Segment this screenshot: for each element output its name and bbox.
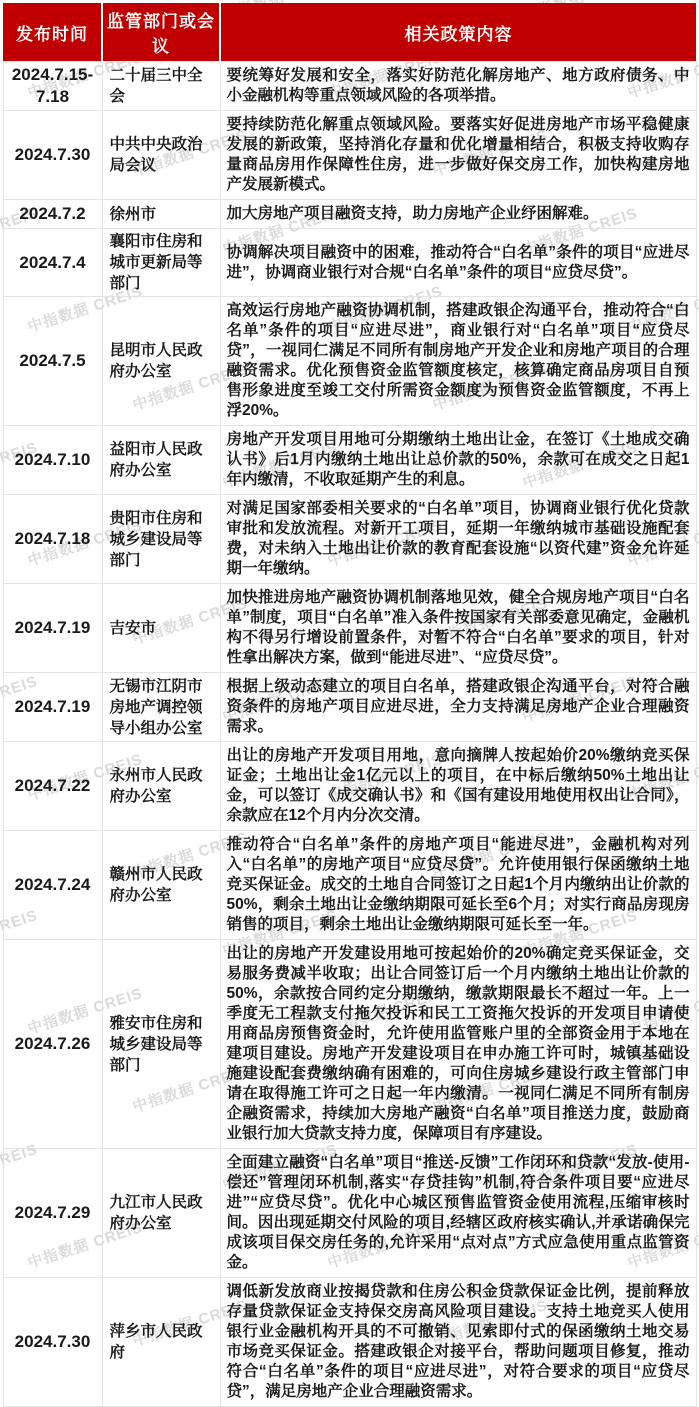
policy-content-cell: 对满足国家部委相关要求的“白名单”项目，协调商业银行优化贷款审批和发放流程。对新… <box>220 495 696 584</box>
date-cell: 2024.7.26 <box>3 940 102 1149</box>
policy-content-cell: 协调解决项目融资中的困难，推动符合“白名单”条件的项目“应进尽进”，协调商业银行… <box>220 229 696 297</box>
policy-content-cell: 加大房地产项目融资支持，助力房地产企业纾困解难。 <box>220 200 696 229</box>
date-cell: 2024.7.22 <box>3 742 102 831</box>
date-cell: 2024.7.30 <box>3 1278 102 1407</box>
department-cell: 二十届三中全会 <box>102 62 220 111</box>
policy-content-cell: 全面建立融资“白名单”项目“推送-反馈”工作闭环和贷款“发放-使用-偿还”管理闭… <box>220 1149 696 1278</box>
department-cell: 益阳市人民政府办公室 <box>102 426 220 495</box>
header-publish-date: 发布时间 <box>3 3 102 62</box>
date-cell: 2024.7.19 <box>3 673 102 742</box>
table-row: 2024.7.26雅安市住房和城乡建设局等部门出让的房地产开发建设用地可按起始价… <box>3 940 696 1149</box>
date-cell: 2024.7.19 <box>3 584 102 673</box>
date-cell: 2024.7.30 <box>3 111 102 200</box>
date-cell: 2024.7.5 <box>3 297 102 426</box>
date-cell: 2024.7.10 <box>3 426 102 495</box>
table-row: 2024.7.24赣州市人民政府办公室推动符合“白名单”条件的房地产项目“能进尽… <box>3 831 696 940</box>
date-cell: 2024.7.4 <box>3 229 102 297</box>
policy-table-body: 2024.7.15-7.18二十届三中全会要统筹好发展和安全，落实好防范化解房地… <box>3 62 696 1407</box>
policy-content-cell: 要持续防范化解重点领域风险。要落实好促进房地产市场平稳健康发展的新政策，坚持消化… <box>220 111 696 200</box>
department-cell: 雅安市住房和城乡建设局等部门 <box>102 940 220 1149</box>
table-row: 2024.7.22永州市人民政府办公室出让的房地产开发项目用地，意向摘牌人按起始… <box>3 742 696 831</box>
table-row: 2024.7.10益阳市人民政府办公室房地产开发项目用地可分期缴纳土地出让金，在… <box>3 426 696 495</box>
policy-content-cell: 出让的房地产开发建设用地可按起始价的20%确定竞买保证金，交易服务费减半收取；出… <box>220 940 696 1149</box>
table-row: 2024.7.29九江市人民政府办公室全面建立融资“白名单”项目“推送-反馈”工… <box>3 1149 696 1278</box>
department-cell: 贵阳市住房和城乡建设局等部门 <box>102 495 220 584</box>
department-cell: 永州市人民政府办公室 <box>102 742 220 831</box>
policy-content-cell: 根据上级动态建立的项目白名单，搭建政银企沟通平台，对符合融资条件的房地产项目应进… <box>220 673 696 742</box>
department-cell: 中共中央政治局会议 <box>102 111 220 200</box>
policy-content-cell: 出让的房地产开发项目用地，意向摘牌人按起始价20%缴纳竞买保证金；土地出让金1亿… <box>220 742 696 831</box>
policy-content-cell: 调低新发放商业按揭贷款和住房公积金贷款保证金比例，提前释放存量贷款保证金支持保交… <box>220 1278 696 1407</box>
date-cell: 2024.7.15-7.18 <box>3 62 102 111</box>
table-header: 发布时间 监管部门或会议 相关政策内容 <box>3 3 696 62</box>
department-cell: 徐州市 <box>102 200 220 229</box>
header-row: 发布时间 监管部门或会议 相关政策内容 <box>3 3 696 62</box>
table-row: 2024.7.30中共中央政治局会议要持续防范化解重点领域风险。要落实好促进房地… <box>3 111 696 200</box>
table-row: 2024.7.30萍乡市人民政府调低新发放商业按揭贷款和住房公积金贷款保证金比例… <box>3 1278 696 1407</box>
department-cell: 无锡市江阴市房地产调控领导小组办公室 <box>102 673 220 742</box>
table-row: 2024.7.15-7.18二十届三中全会要统筹好发展和安全，落实好防范化解房地… <box>3 62 696 111</box>
table-row: 2024.7.18贵阳市住房和城乡建设局等部门对满足国家部委相关要求的“白名单”… <box>3 495 696 584</box>
date-cell: 2024.7.29 <box>3 1149 102 1278</box>
department-cell: 昆明市人民政府办公室 <box>102 297 220 426</box>
department-cell: 吉安市 <box>102 584 220 673</box>
table-row: 2024.7.19无锡市江阴市房地产调控领导小组办公室根据上级动态建立的项目白名… <box>3 673 696 742</box>
policy-table: 发布时间 监管部门或会议 相关政策内容 2024.7.15-7.18二十届三中全… <box>3 3 697 1407</box>
header-policy-content: 相关政策内容 <box>220 3 696 62</box>
department-cell: 赣州市人民政府办公室 <box>102 831 220 940</box>
table-row: 2024.7.2徐州市加大房地产项目融资支持，助力房地产企业纾困解难。 <box>3 200 696 229</box>
policy-content-cell: 要统筹好发展和安全，落实好防范化解房地产、地方政府债务、中小金融机构等重点领域风… <box>220 62 696 111</box>
date-cell: 2024.7.24 <box>3 831 102 940</box>
department-cell: 九江市人民政府办公室 <box>102 1149 220 1278</box>
date-cell: 2024.7.18 <box>3 495 102 584</box>
table-row: 2024.7.19吉安市加快推进房地产融资协调机制落地见效，健全合规房地产项目“… <box>3 584 696 673</box>
policy-table-page: 中指数据 CREIS中指数据 CREIS中指数据 CREIS中指数据 CREIS… <box>0 0 699 1407</box>
department-cell: 萍乡市人民政府 <box>102 1278 220 1407</box>
table-row: 2024.7.4襄阳市住房和城市更新局等部门协调解决项目融资中的困难，推动符合“… <box>3 229 696 297</box>
policy-content-cell: 高效运行房地产融资协调机制，搭建政银企沟通平台，推动符合“白名单”条件的项目“应… <box>220 297 696 426</box>
table-row: 2024.7.5昆明市人民政府办公室高效运行房地产融资协调机制，搭建政银企沟通平… <box>3 297 696 426</box>
policy-content-cell: 房地产开发项目用地可分期缴纳土地出让金，在签订《土地成交确认书》后1月内缴纳土地… <box>220 426 696 495</box>
header-department: 监管部门或会议 <box>102 3 220 62</box>
department-cell: 襄阳市住房和城市更新局等部门 <box>102 229 220 297</box>
date-cell: 2024.7.2 <box>3 200 102 229</box>
policy-content-cell: 推动符合“白名单”条件的房地产项目“能进尽进”，金融机构对列入“白名单”的房地产… <box>220 831 696 940</box>
policy-content-cell: 加快推进房地产融资协调机制落地见效，健全合规房地产项目“白名单”制度，项目“白名… <box>220 584 696 673</box>
